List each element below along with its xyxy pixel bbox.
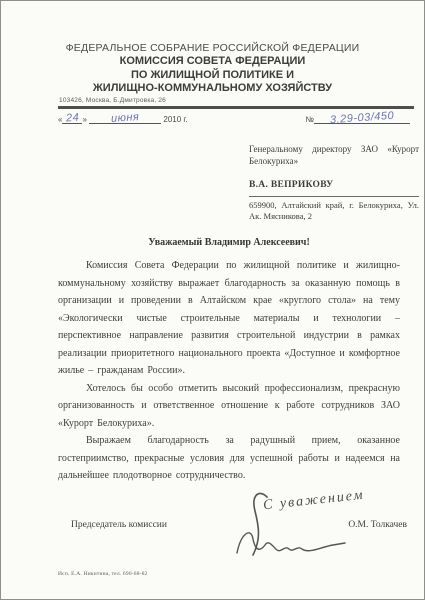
letter-body: Комиссия Совета Федерации по жилищной по…: [58, 257, 400, 485]
number-label: №: [305, 115, 314, 124]
letterhead-org-line: ФЕДЕРАЛЬНОЕ СОБРАНИЕ РОССИЙСКОЙ ФЕДЕРАЦИ…: [1, 42, 424, 54]
letterhead-divider: [58, 106, 414, 109]
addressee-postal-address: 659900, Алтайский край, г. Белокуриха, У…: [249, 200, 419, 222]
date-number-row: «24» июня 2010 г. №3.29-03/450: [58, 113, 410, 124]
body-paragraph-2: Хотелось бы особо отметить высокий профе…: [58, 380, 400, 433]
letterhead-address: 103426, Москва, Б.Дмитровка, 26: [59, 97, 166, 104]
body-paragraph-1: Комиссия Совета Федерации по жилищной по…: [58, 257, 400, 380]
date-month-blank: июня: [89, 113, 161, 124]
handwritten-month: июня: [111, 112, 140, 124]
letterhead-commission-title: КОМИССИЯ СОВЕТА ФЕДЕРАЦИИ ПО ЖИЛИЩНОЙ ПО…: [1, 55, 424, 96]
addressee-position: Генеральному директору ЗАО «Курорт Белок…: [249, 144, 419, 167]
addressee-name: В.А. ВЕПРИКОВУ: [249, 180, 419, 197]
date-day-blank: 24: [62, 113, 82, 124]
handwritten-number: 3.29-03/450: [330, 111, 395, 125]
date-close-quote: »: [82, 115, 86, 124]
date-year-suffix: 2010 г.: [163, 115, 187, 124]
number-field: №3.29-03/450: [305, 113, 410, 124]
commission-line-1: КОМИССИЯ СОВЕТА ФЕДЕРАЦИИ: [1, 55, 424, 69]
signer-name: О.М. Толкачев: [348, 520, 407, 530]
number-blank: 3.29-03/450: [314, 113, 410, 124]
salutation: Уважаемый Владимир Алексеевич!: [58, 237, 400, 248]
addressee-block: Генеральному директору ЗАО «Курорт Белок…: [249, 144, 419, 222]
date-field: «24» июня 2010 г.: [58, 113, 188, 124]
commission-line-3: ЖИЛИЩНО-КОММУНАЛЬНОМУ ХОЗЯЙСТВУ: [1, 82, 424, 96]
scanned-letter-page: ФЕДЕРАЛЬНОЕ СОБРАНИЕ РОССИЙСКОЙ ФЕДЕРАЦИ…: [0, 0, 425, 600]
signer-title: Председатель комиссии: [71, 520, 167, 530]
signature-scribble: [229, 487, 349, 565]
body-paragraph-3: Выражаем благодарность за радушный прием…: [58, 432, 400, 485]
executor-note: Исп. Е.А. Никитина, тел. 690-68-82: [58, 571, 148, 577]
commission-line-2: ПО ЖИЛИЩНОЙ ПОЛИТИКЕ И: [1, 69, 424, 83]
handwritten-day: 24: [65, 113, 79, 124]
